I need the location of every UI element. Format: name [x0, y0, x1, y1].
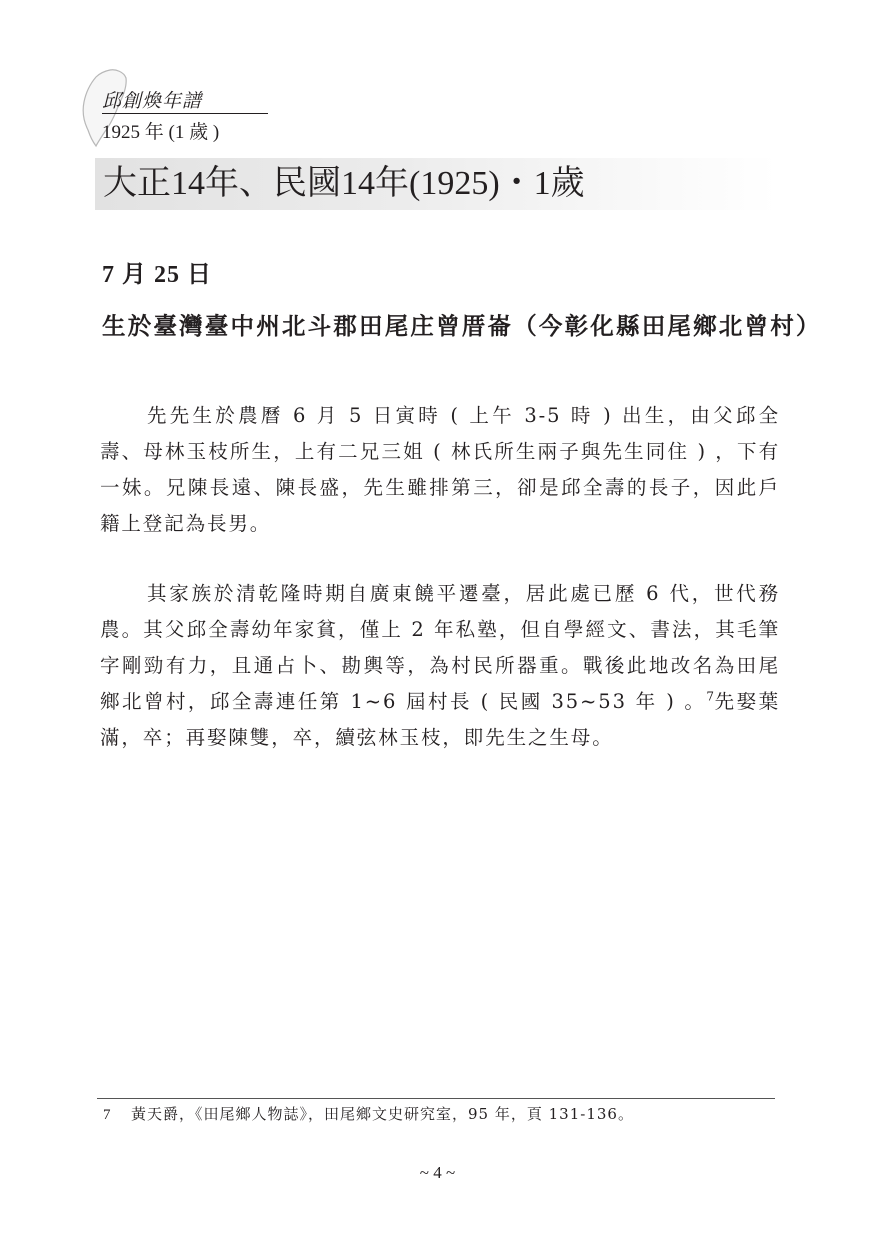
entry-date: 7 月 25 日 [102, 254, 212, 289]
year-heading-banner: 大正14年、民國14年(1925)・1歲 [95, 158, 777, 210]
chapter-label: 1925 年 (1 歲 ) [102, 117, 219, 144]
header-divider [102, 113, 268, 114]
book-title: 邱創煥年譜 [102, 86, 202, 113]
paragraph-text: 其家族於清乾隆時期自廣東饒平遷臺，居此處已歷 6 代，世代務農。其父邱全壽幼年家… [100, 582, 780, 713]
footnote-divider [97, 1098, 775, 1099]
page-number: ~ 4 ~ [0, 1163, 875, 1183]
footnote: 7黃天爵，《田尾鄉人物誌》，田尾鄉文史研究室，95 年，頁 131-136。 [103, 1103, 634, 1124]
body-paragraph: 先先生於農曆 6 月 5 日寅時 ( 上午 3-5 時 ) 出生，由父邱全壽、母… [100, 398, 780, 542]
entry-title: 生於臺灣臺中州北斗郡田尾庄曾厝崙（今彰化縣田尾鄉北曾村） [102, 309, 814, 344]
body-paragraph: 其家族於清乾隆時期自廣東饒平遷臺，居此處已歷 6 代，世代務農。其父邱全壽幼年家… [100, 576, 780, 756]
footnote-reference[interactable]: 7 [706, 690, 714, 704]
footnote-text: 黃天爵，《田尾鄉人物誌》，田尾鄉文史研究室，95 年，頁 131-136。 [131, 1105, 634, 1123]
year-heading: 大正14年、民國14年(1925)・1歲 [103, 162, 585, 206]
running-header: 邱創煥年譜 1925 年 (1 歲 ) [80, 68, 270, 148]
footnote-number: 7 [103, 1107, 131, 1124]
